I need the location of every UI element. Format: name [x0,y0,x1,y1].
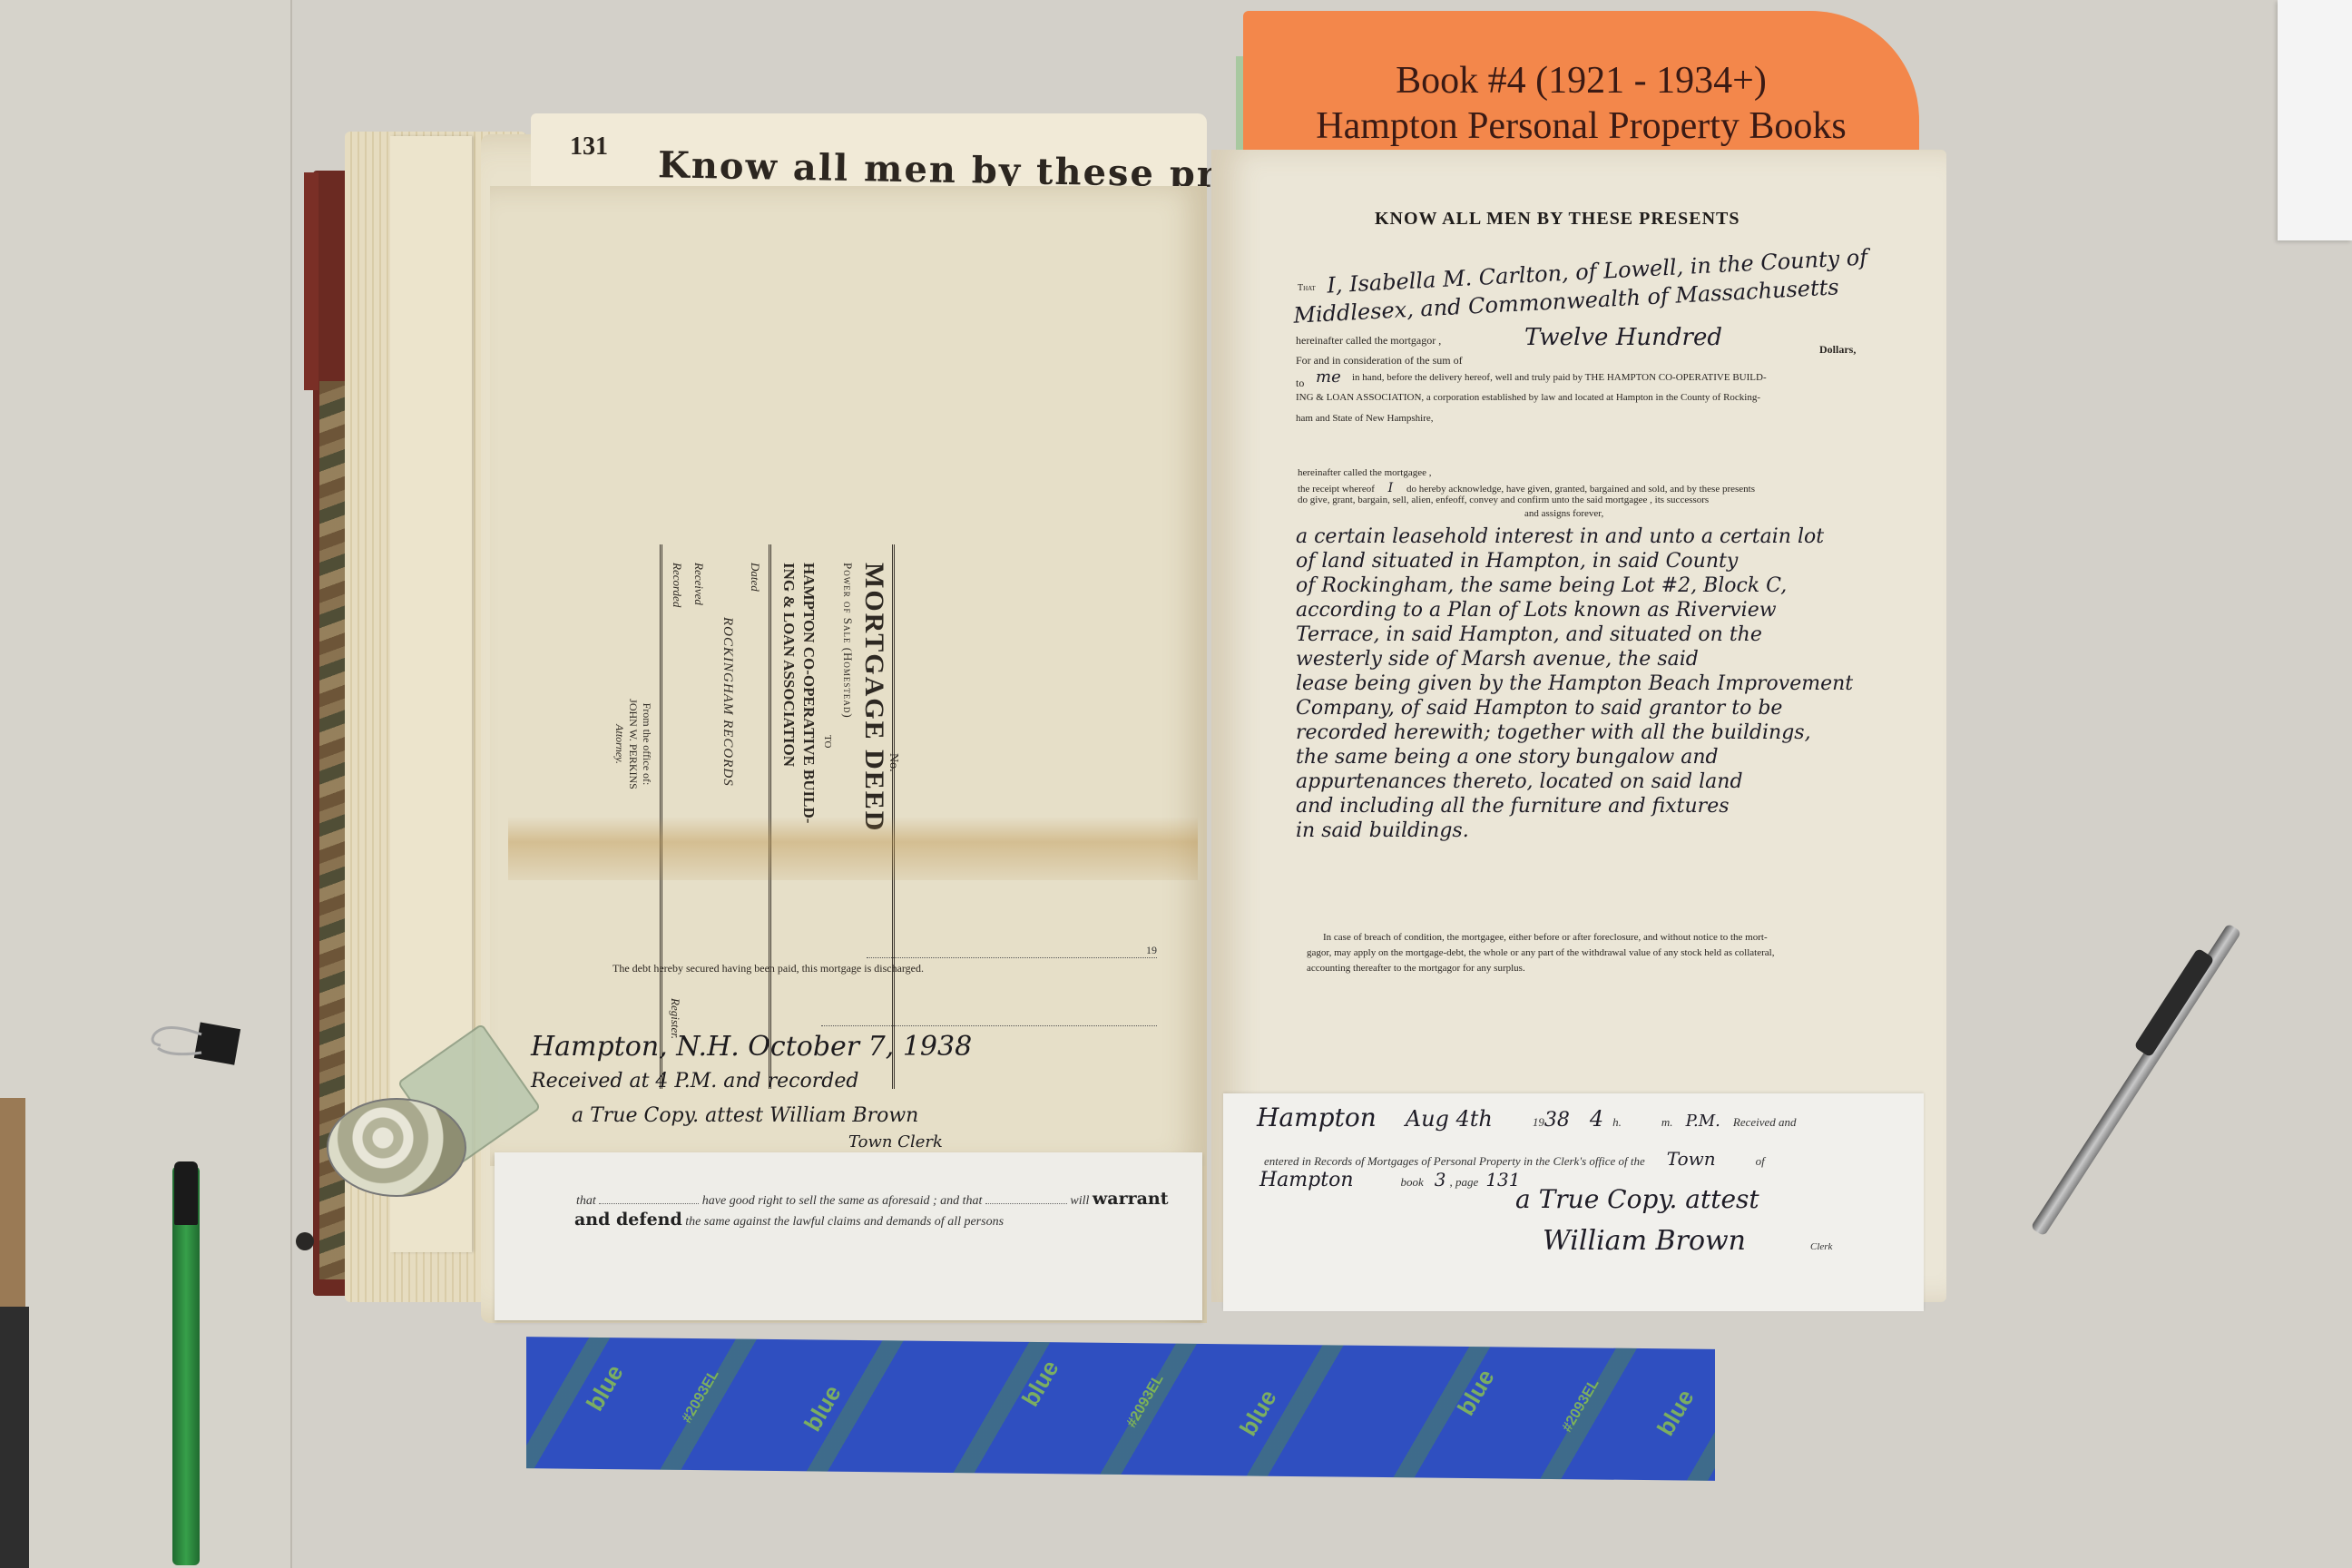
deed-association: HAMPTON CO-OPERATIVE BUILD- ING & LOAN A… [779,563,818,853]
tape-brand: blue [799,1380,848,1436]
entered-text: entered in Records of Mortgages of Perso… [1264,1154,1645,1168]
tape-brand: blue [581,1360,630,1416]
dark-edge [0,1307,29,1568]
description-line: appurtenances thereto, located on said l… [1296,769,1853,794]
payment-text: in hand, before the delivery hereof, wel… [1352,372,1767,383]
discharge-line4: Town Clerk [848,1133,972,1151]
recording-town: Hampton [1259,1169,1354,1191]
description-line: of land situated in Hampton, in said Cou… [1296,549,1853,573]
attorney-label: Attorney. [612,644,626,844]
tape-brand: blue [1452,1365,1501,1421]
description-line: lease being given by the Hampton Beach I… [1296,671,1853,696]
description-line: according to a Plan of Lots known as Riv… [1296,598,1853,622]
recording-year: 38 [1544,1109,1570,1132]
from-office-label: From the office of: [640,644,653,844]
wood-edge [0,1098,25,1307]
loose-paper [2278,0,2352,240]
breach-line: gagor, may apply on the mortgage-debt, t… [1307,946,1774,961]
description-line: Terrace, in said Hampton, and situated o… [1296,622,1853,647]
tape-brand: blue [1016,1356,1065,1412]
table-surface-left [0,0,292,1568]
payment-text3: ham and State of New Hampshire, [1296,413,1434,424]
deed-received-label: Received [691,563,706,605]
warranty-text: have good right to sell the same as afor… [702,1194,983,1208]
recording-line3: Hampton book 3 , page 131 [1259,1169,1521,1191]
deed-subtitle: Power of Sale (Homestead) [840,563,855,719]
deed-title: MORTGAGE DEED [858,563,889,832]
tape-code: #2093EL [1559,1377,1602,1436]
consideration-amount: Twelve Hundred [1524,324,1722,351]
deed-to-label: TO [822,735,833,748]
m-label: m. [1661,1115,1673,1129]
tape-brand: blue [1651,1385,1700,1441]
will-label: will [1070,1194,1089,1208]
recording-ampm: P.M. [1686,1112,1720,1131]
payment-text2: ING & LOAN ASSOCIATION, a corporation es… [1296,392,1760,403]
discharge-line1: Hampton, N.H. October 7, 1938 [531,1030,972,1064]
signature-line [821,1025,1157,1026]
recording-hour: 4 [1590,1106,1603,1132]
description-line: of Rockingham, the same being Lot #2, Bl… [1296,573,1853,598]
warranty-slip [495,1152,1202,1320]
receipt-line2: do give, grant, bargain, sell, alien, en… [1298,495,1709,505]
h-label: h. [1612,1115,1622,1129]
discharge-line2: Received at 4 P.M. and recorded [531,1064,972,1099]
and-defend-word: and defend [574,1210,682,1230]
warrant-word: warrant [1093,1189,1169,1209]
book-label-tab: Book #4 (1921 - 1934+) Hampton Personal … [1243,11,1919,170]
discharge-text: The debt hereby secured having been paid… [612,962,924,975]
description-line: recorded herewith; together with all the… [1296,720,1853,745]
clerk-signature: William Brown [1543,1225,1746,1257]
recording-line2: entered in Records of Mortgages of Perso… [1264,1148,1765,1170]
consideration-label: For and in consideration of the sum of [1296,354,1463,367]
page-number: 131 [570,132,608,162]
defend-text: the same against the lawful claims and d… [685,1215,1004,1229]
warranty-line1: that have good right to sell the same as… [576,1189,1169,1209]
mortgagor-label: hereinafter called the mortgagor , [1296,334,1441,348]
description-line: and including all the furniture and fixt… [1296,794,1853,818]
of-label: of [1756,1154,1765,1168]
deed-attorney-block: From the office of: JOHN W. PERKINS Atto… [612,644,653,844]
binder-clip-icon [147,1016,247,1071]
attest-text: a True Copy. attest [1515,1184,1759,1214]
description-line: the same being a one story bungalow and [1296,745,1853,769]
page-label: , page [1450,1175,1479,1189]
deed-heading: KNOW ALL MEN BY THESE PRESENTS [1375,209,1740,230]
receipt-text: the receipt whereof [1298,484,1375,495]
breach-line: In case of breach of condition, the mort… [1307,930,1774,946]
office-type: Town [1667,1148,1716,1170]
recording-line1: Hampton Aug 4th 1938 4 h. m. P.M. Receiv… [1257,1102,1797,1132]
year-prefix: 19 [1533,1115,1544,1129]
to-label: to [1296,377,1304,390]
warranty-line2: and defend the same against the lawful c… [574,1210,1004,1230]
book-label-line2: Hampton Personal Property Books [1243,103,1919,149]
description-line: a certain leasehold interest in and unto… [1296,524,1853,549]
blue-painters-tape: blue blue blue blue blue blue #2093EL #2… [526,1337,1715,1481]
attorney-name: JOHN W. PERKINS [626,644,640,844]
that-label: that [576,1194,596,1208]
recording-place: Hampton [1257,1102,1377,1132]
receipt-line3: and assigns forever, [1524,508,1603,519]
receipt-text-b: do hereby acknowledge, have given, grant… [1406,484,1755,495]
green-pen [172,1166,200,1565]
received-label: Received and [1733,1115,1797,1129]
table-hole [296,1232,314,1250]
description-line: Company, of said Hampton to said grantor… [1296,696,1853,720]
tape-code: #2093EL [679,1367,722,1426]
breach-clause: In case of breach of condition, the mort… [1307,930,1774,976]
handwritten-description: a certain leasehold interest in and unto… [1296,524,1853,843]
book-label-line1: Book #4 (1921 - 1934+) [1243,58,1919,103]
handwritten-discharge: Hampton, N.H. October 7, 1938 Received a… [531,1030,972,1151]
book-label: book [1401,1175,1424,1189]
deed-recorded-label: Recorded [670,563,684,607]
deed-records-label: ROCKINGHAM RECORDS [720,617,735,787]
tape-brand: blue [1234,1385,1283,1441]
water-stain [508,817,1198,880]
description-line: in said buildings. [1296,818,1853,843]
tape-code: #2093EL [1123,1372,1167,1431]
book-cover-spine [304,172,318,390]
receipt-mark: I [1388,481,1394,495]
book-number: 3 [1435,1169,1446,1191]
deed-dated-label: Dated [748,563,762,592]
clerk-label: Clerk [1810,1241,1832,1252]
recording-date: Aug 4th [1406,1106,1493,1132]
that-label: That [1298,283,1316,293]
to-whom: me [1316,367,1341,387]
date-line: 19 [867,944,1157,958]
breach-line: accounting thereafter to the mortgagor f… [1307,961,1774,976]
discharge-line3: a True Copy. attest William Brown [572,1099,972,1133]
dollars-label: Dollars, [1819,343,1856,357]
receipt-line1: the receipt whereof I do hereby acknowle… [1298,481,1755,495]
decorative-clip [327,1098,466,1197]
mortgagee-label: hereinafter called the mortgagee , [1298,467,1432,478]
description-line: westerly side of Marsh avenue, the said [1296,647,1853,671]
pen-cap [174,1161,198,1225]
